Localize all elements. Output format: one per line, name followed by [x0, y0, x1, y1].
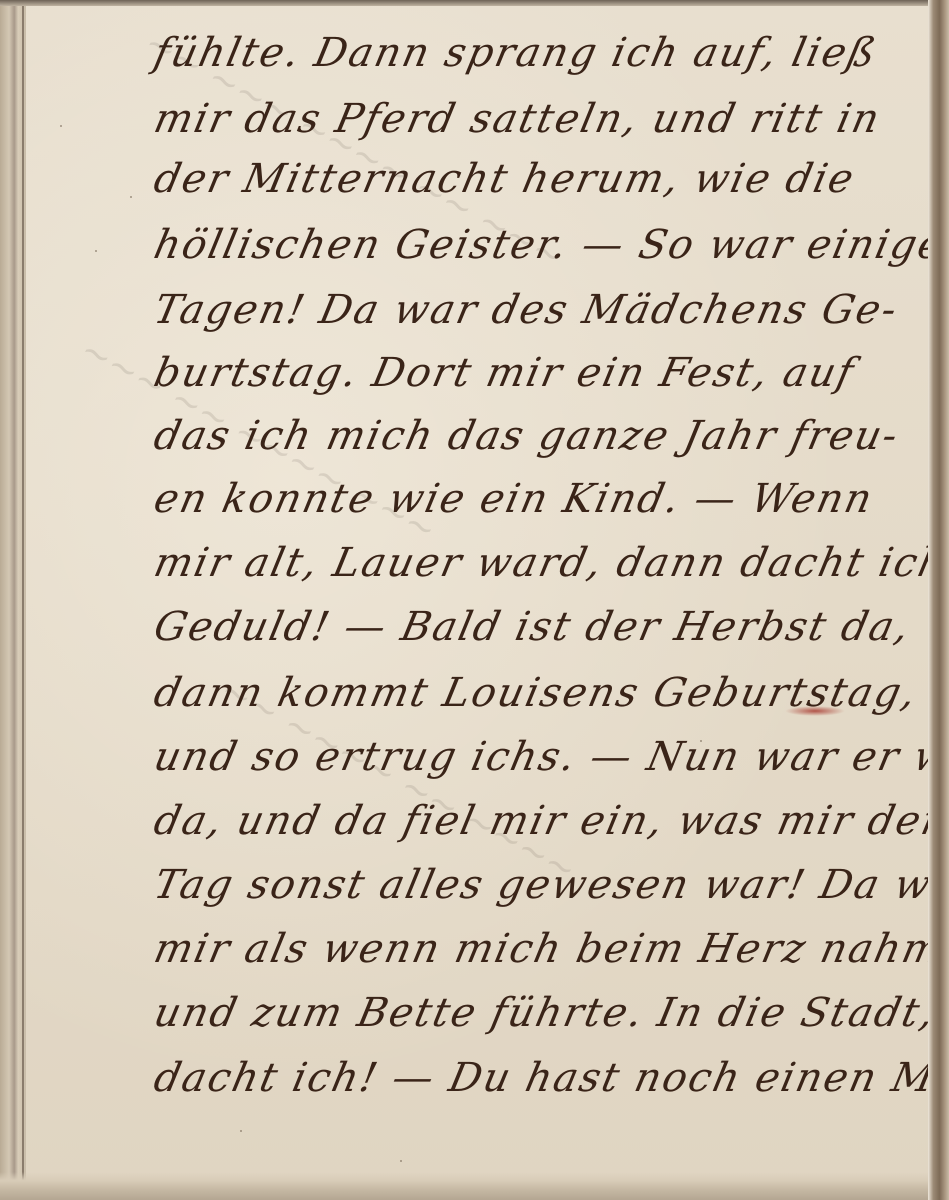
text-line: fühlte. Dann sprang ich auf, ließ [150, 30, 930, 76]
text-line: mir alt, Lauer ward, dann dacht ich: [150, 540, 930, 586]
text-line: Geduld! — Bald ist der Herbst da, [150, 604, 930, 650]
text-line: mir das Pferd satteln, und ritt in [150, 96, 930, 142]
text-line: Tagen! Da war des Mädchens Ge- [150, 287, 930, 333]
text-line: da, und da fiel mir ein, was mir der [150, 798, 930, 844]
text-line: dacht ich! — Du hast noch einen Morgen [150, 1055, 930, 1101]
text-line: en konnte wie ein Kind. — Wenn [150, 476, 930, 522]
red-ink-smudge [785, 706, 845, 716]
text-line: der Mitternacht herum, wie die [150, 156, 930, 202]
paper-speck [700, 740, 702, 742]
page-bottom-edge [0, 1172, 930, 1200]
text-line: burtstag. Dort mir ein Fest, auf [150, 350, 930, 396]
paper-speck [240, 1130, 242, 1132]
text-line: mir als wenn mich beim Herz nahm, [150, 926, 930, 972]
manuscript-page: ~~ ~~~ ~~~~ ~~ ~~~ ~~~ ~~ ~~~~ ~~~ ~~ ~~… [0, 0, 949, 1200]
paper-speck [130, 196, 132, 198]
text-line: Tag sonst alles gewesen war! Da war [150, 862, 930, 908]
binding-crease [22, 6, 24, 1200]
text-line: höllischen Geister. — So war einigen [150, 222, 930, 268]
text-line: das ich mich das ganze Jahr freu- [150, 413, 930, 459]
paper-speck [60, 125, 62, 127]
handwritten-text-block: fühlte. Dann sprang ich auf, ließ mir da… [150, 0, 920, 1200]
text-line: und zum Bette führte. In die Stadt, [150, 990, 930, 1036]
text-line: und so ertrug ichs. — Nun war er wieder [150, 734, 930, 780]
paper-speck [400, 1160, 402, 1162]
page-right-edge [928, 0, 949, 1200]
paper-speck [95, 250, 97, 252]
